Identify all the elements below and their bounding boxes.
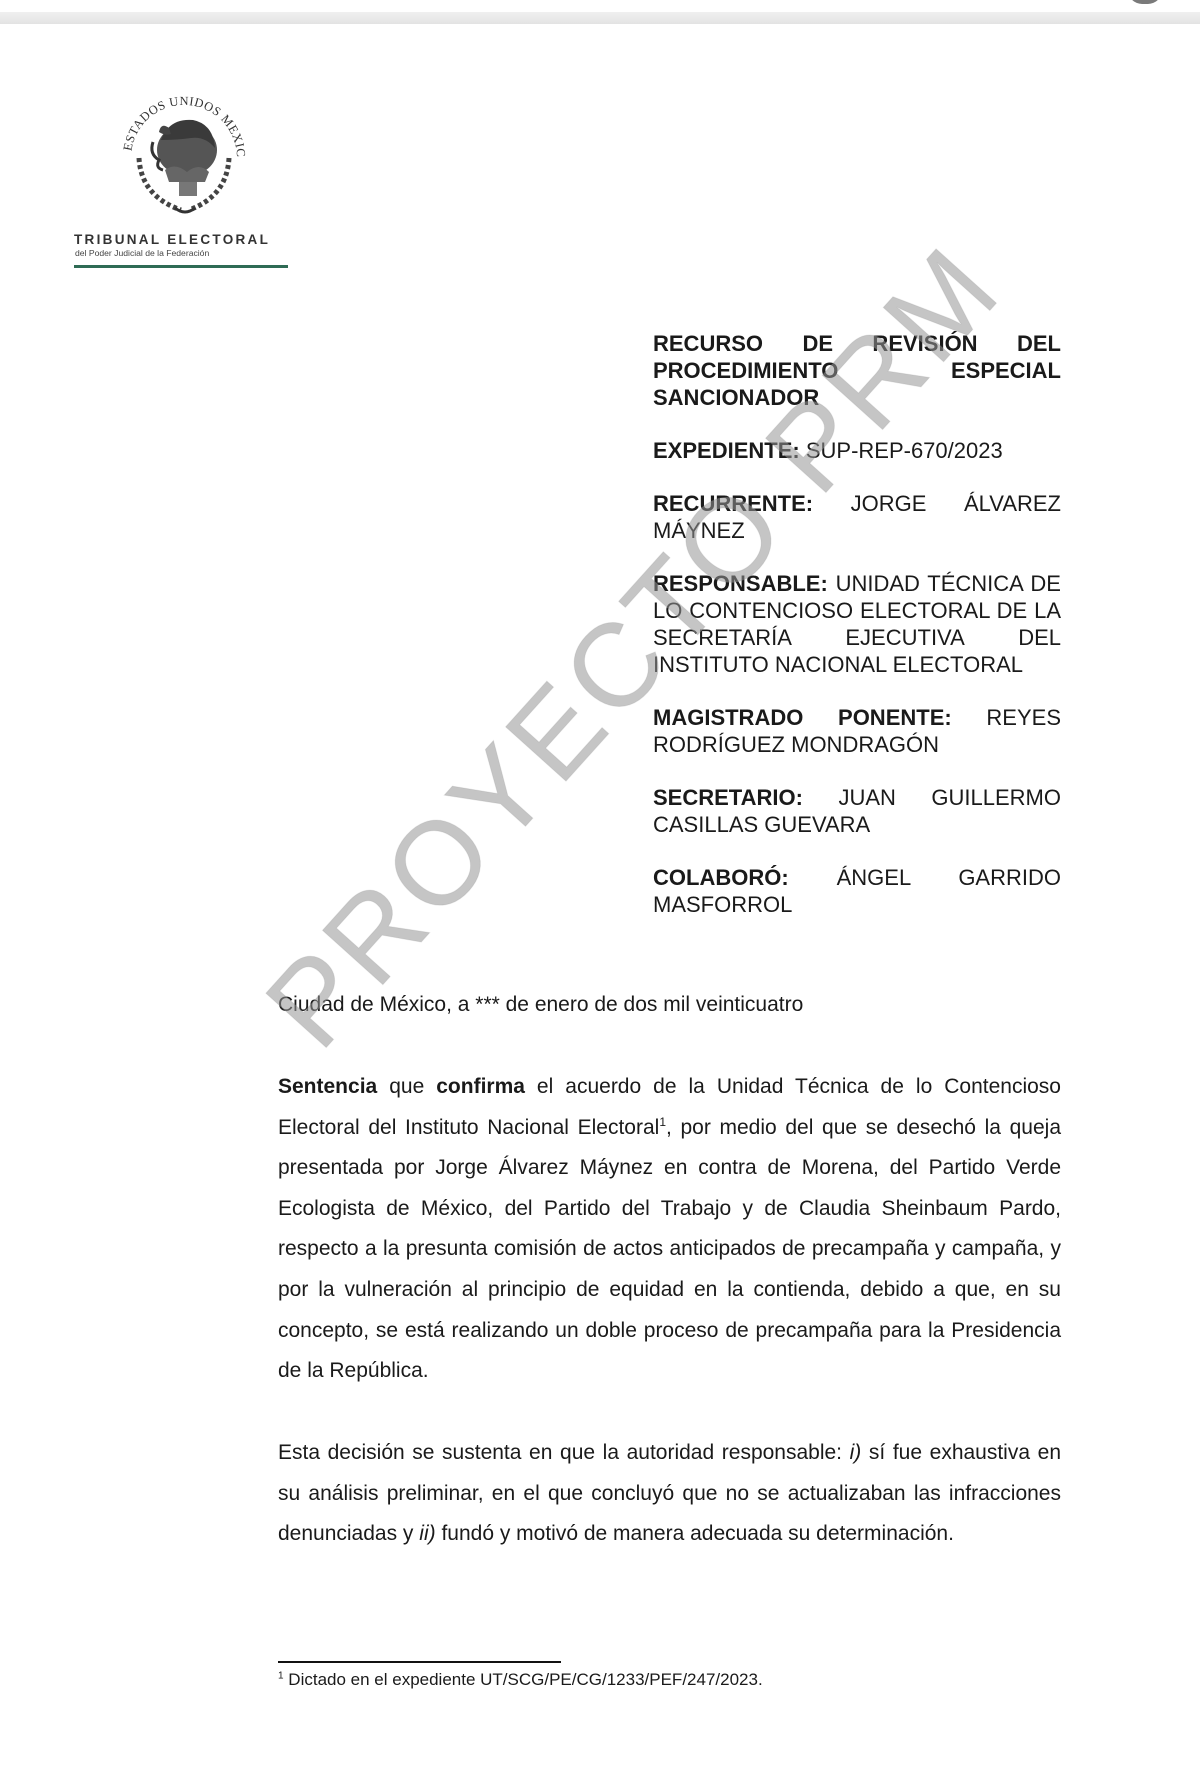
field-expediente: EXPEDIENTE: SUP-REP-670/2023 [653,437,1061,464]
field-label: COLABORÓ: [653,865,789,890]
date-line: Ciudad de México, a *** de enero de dos … [278,993,803,1017]
case-type-line: SANCIONADOR [653,385,819,410]
footnote-ref[interactable]: 1 [659,1115,666,1129]
logo-subtitle: del Poder Judicial de la Federación [75,248,209,258]
text-run: que [377,1075,436,1098]
field-value: SUP-REP-670/2023 [806,438,1003,463]
footnote-divider [278,1661,561,1663]
field-label: MAGISTRADO PONENTE: [653,705,952,730]
field-recurrente: RECURRENTE: JORGE ÁLVAREZ MÁYNEZ [653,490,1061,544]
logo-title: TRIBUNAL ELECTORAL [74,232,294,247]
field-label: RECURRENTE: [653,491,813,516]
field-label: SECRETARIO: [653,785,803,810]
text-run: fundó y motivó de manera adecuada su det… [436,1522,954,1545]
case-type-line: RECURSO DE REVISIÓN DEL [653,330,1061,357]
footnote-text: Dictado en el expediente UT/SCG/PE/CG/12… [284,1670,763,1689]
footnote: 1 Dictado en el expediente UT/SCG/PE/CG/… [278,1670,763,1690]
text-run: , por medio del que se desechó la queja … [278,1116,1061,1383]
paragraph-decision-basis: Esta decisión se sustenta en que la auto… [278,1433,1061,1555]
list-marker: ii) [419,1522,435,1545]
field-colaboro: COLABORÓ: ÁNGEL GARRIDO MASFORROL [653,864,1061,918]
case-header: RECURSO DE REVISIÓN DEL PROCEDIMIENTO ES… [653,330,1061,944]
bold-term: Sentencia [278,1075,377,1098]
field-label: RESPONSABLE: [653,571,828,596]
field-label: EXPEDIENTE: [653,438,800,463]
text-run: Esta decisión se sustenta en que la auto… [278,1441,850,1464]
case-type: RECURSO DE REVISIÓN DEL PROCEDIMIENTO ES… [653,330,1061,411]
viewer-control-button[interactable] [1128,0,1162,4]
field-magistrado-ponente: MAGISTRADO PONENTE: REYES RODRÍGUEZ MOND… [653,704,1061,758]
mexican-coat-of-arms-icon: ESTADOS UNIDOS MEXICANOS [109,78,259,228]
list-marker: i) [850,1441,862,1464]
field-secretario: SECRETARIO: JUAN GUILLERMO CASILLAS GUEV… [653,784,1061,838]
viewer-top-bar [0,12,1200,24]
paragraph-sentence-summary: Sentencia que confirma el acuerdo de la … [278,1067,1061,1392]
field-responsable: RESPONSABLE: UNIDAD TÉCNICA DE LO CONTEN… [653,570,1061,678]
logo-divider [74,265,288,268]
case-type-line: PROCEDIMIENTO ESPECIAL [653,357,1061,384]
bold-term: confirma [436,1075,525,1098]
